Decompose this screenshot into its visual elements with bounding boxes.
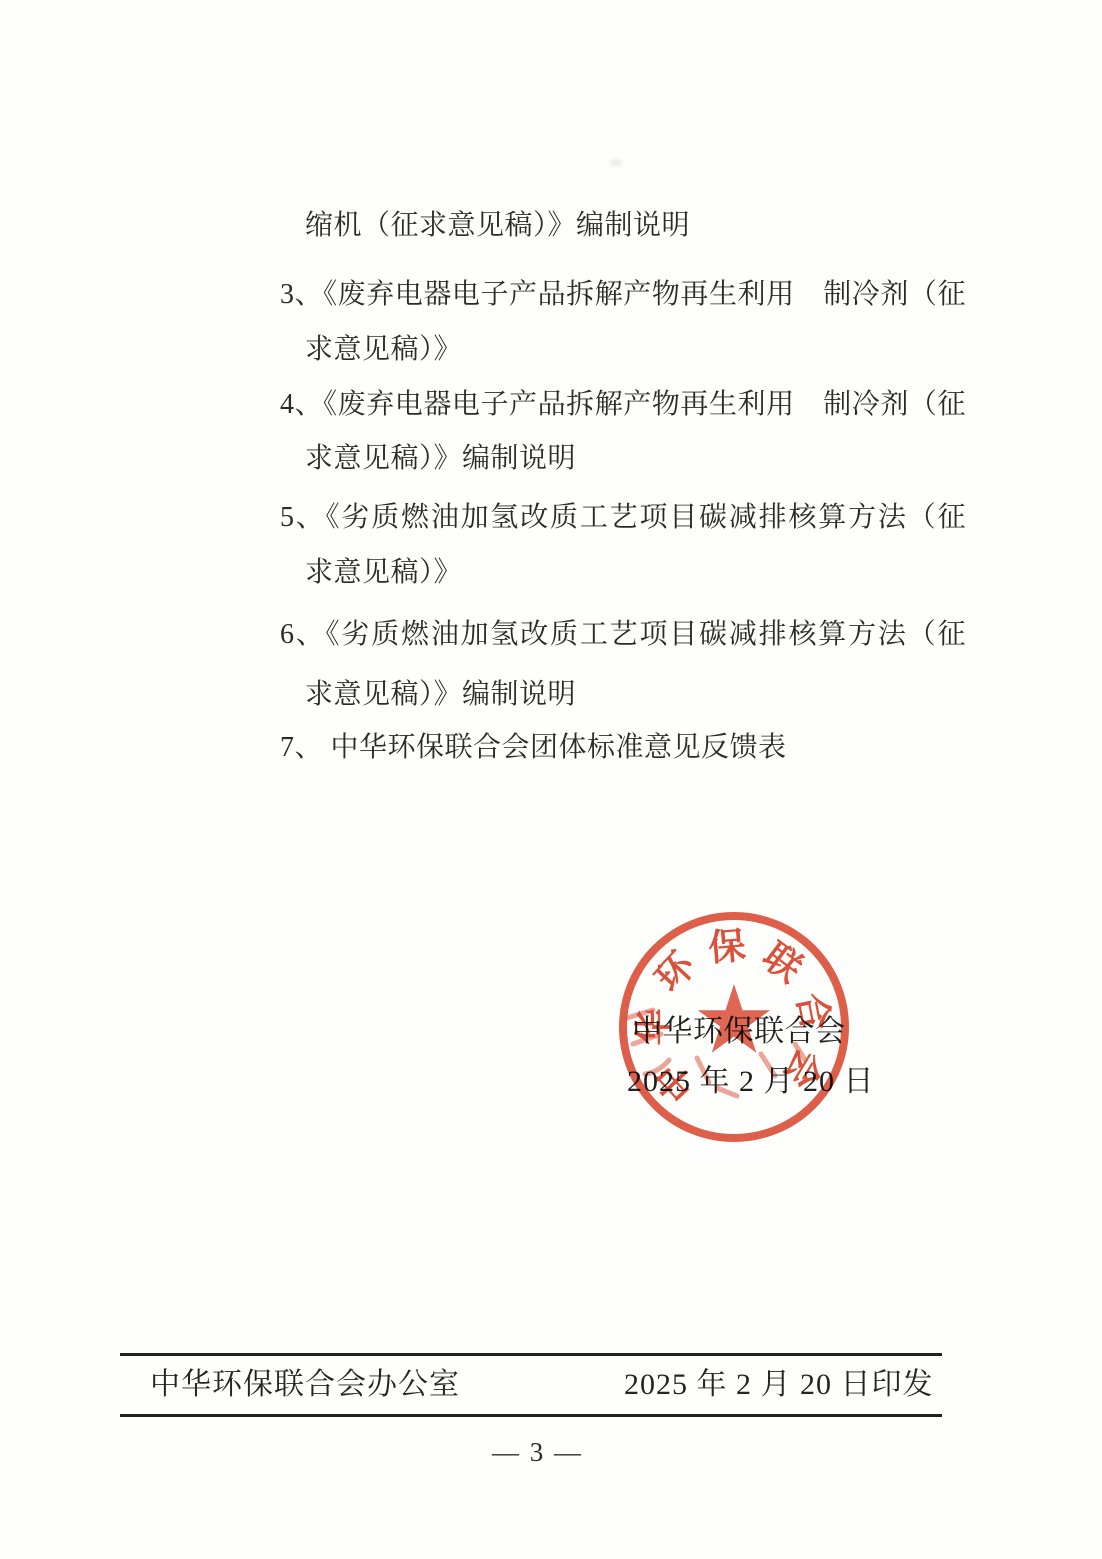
- scanned-document-page: 缩机（征求意见稿）》编制说明 3、《废弃电器电子产品拆解产物再生利用 制冷剂（征…: [0, 0, 1102, 1559]
- attachment-item-6-line-1: 6、《劣质燃油加氢改质工艺项目碳减排核算方法（征: [280, 615, 966, 655]
- scan-artifact: [610, 160, 622, 166]
- attachment-item-7: 7、 中华环保联合会团体标准意见反馈表: [280, 728, 787, 768]
- official-red-seal: 中 华 环 保 联 合 会: [613, 906, 855, 1148]
- page-number: — 3 —: [425, 1437, 650, 1468]
- seal-char: 会: [775, 1042, 830, 1095]
- footer-print-date: 2025 年 2 月 20 日印发: [624, 1367, 934, 1403]
- red-star-icon: [698, 984, 770, 1053]
- attachment-item-6-line-2: 求意见稿）》编制说明: [305, 675, 576, 715]
- seal-char: 合: [788, 990, 836, 1034]
- attachment-item-3-line-1: 3、《废弃电器电子产品拆解产物再生利用 制冷剂（征: [280, 275, 966, 315]
- attachment-item-5-line-1: 5、《劣质燃油加氢改质工艺项目碳减排核算方法（征: [280, 498, 966, 538]
- attachment-item-3-line-2: 求意见稿）》: [305, 330, 462, 370]
- attachment-line-continuation: 缩机（征求意见稿）》编制说明: [305, 206, 690, 246]
- footer-rule-top: [120, 1353, 942, 1356]
- footer-issuing-office: 中华环保联合会办公室: [150, 1367, 460, 1403]
- attachment-item-4-line-1: 4、《废弃电器电子产品拆解产物再生利用 制冷剂（征: [280, 385, 966, 425]
- attachment-item-5-line-2: 求意见稿）》: [305, 553, 462, 593]
- footer-rule-bottom: [120, 1414, 942, 1417]
- attachment-item-4-line-2: 求意见稿）》编制说明: [305, 439, 576, 479]
- seal-char: 保: [707, 925, 748, 970]
